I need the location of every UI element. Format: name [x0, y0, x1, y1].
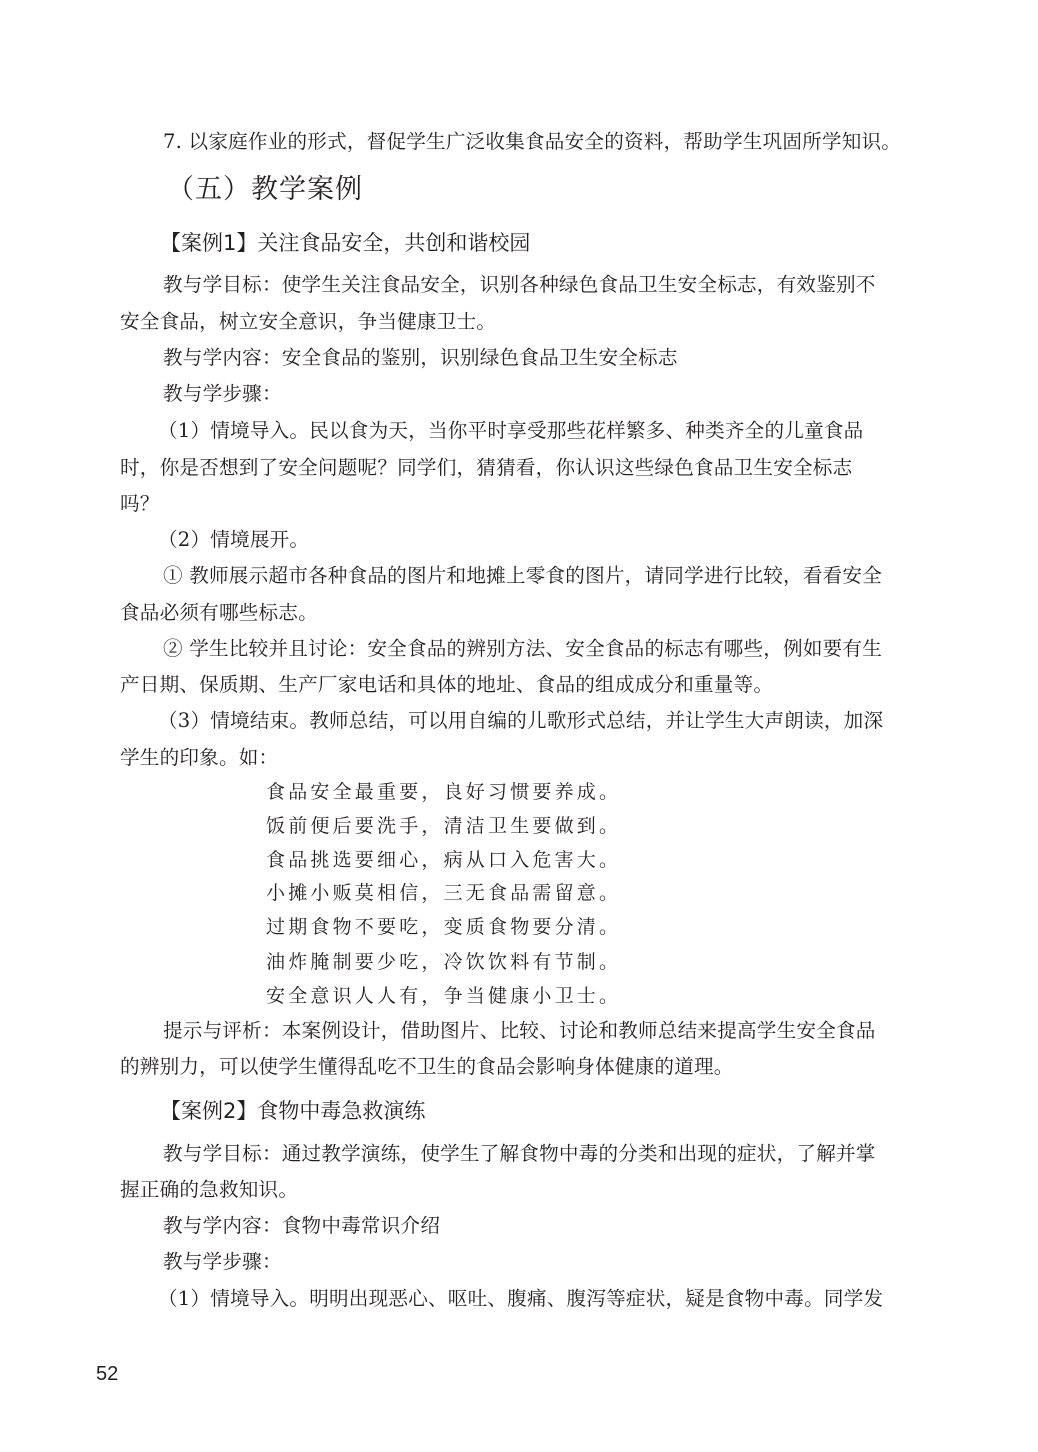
case-1-step-2-a-line-2: 食品必须有哪些标志。: [120, 600, 318, 626]
intro-item-7: 7. 以家庭作业的形式，督促学生广泛收集食品安全的资料，帮助学生巩固所学知识。: [163, 129, 901, 155]
case-1-review-line-2: 的辨别力，可以使学生懂得乱吃不卫生的食品会影响身体健康的道理。: [120, 1054, 734, 1080]
case-1-content: 教与学内容：安全食品的鉴别，识别绿色食品卫生安全标志: [163, 345, 678, 371]
case-2-goal-line-2: 握正确的急救知识。: [120, 1177, 298, 1203]
case-1-step-2: （2）情境展开。: [158, 527, 309, 553]
case-1-review-line-1: 提示与评析：本案例设计，借助图片、比较、讨论和教师总结来提高学生安全食品: [163, 1018, 876, 1044]
case-1-goal-line-1: 教与学目标：使学生关注食品安全，识别各种绿色食品卫生安全标志，有效鉴别不: [163, 272, 876, 298]
case-1-goal-line-2: 安全食品，树立安全意识，争当健康卫士。: [120, 309, 496, 335]
case-1-step-3-line-1: （3）情境结束。教师总结，可以用自编的儿歌形式总结，并让学生大声朗读，加深: [158, 708, 883, 734]
case-1-step-3-line-2: 学生的印象。如：: [120, 745, 278, 771]
case-1-step-1-line-2: 时，你是否想到了安全问题呢？同学们，猜猜看，你认识这些绿色食品卫生安全标志: [120, 455, 852, 481]
page-number: 52: [96, 1362, 118, 1386]
case-1-steps-label: 教与学步骤：: [163, 381, 282, 407]
case-1-step-2-b-line-2: 产日期、保质期、生产厂家电话和具体的地址、食品的组成成分和重量等。: [120, 672, 773, 698]
rhyme-line: 小摊小贩莫相信，三无食品需留意。: [266, 880, 621, 906]
rhyme-line: 食品安全最重要，良好习惯要养成。: [266, 779, 621, 805]
rhyme-line: 安全意识人人有，争当健康小卫士。: [266, 983, 621, 1009]
case-1-step-2-a-line-1: ① 教师展示超市各种食品的图片和地摊上零食的图片，请同学进行比较，看看安全: [163, 563, 882, 589]
case-1-step-2-b-line-1: ② 学生比较并且讨论：安全食品的辨别方法、安全食品的标志有哪些，例如要有生: [163, 636, 882, 662]
case-1-step-1-line-1: （1）情境导入。民以食为天，当你平时享受那些花样繁多、种类齐全的儿童食品: [158, 418, 863, 444]
case-1-title: 【案例1】关注食品安全，共创和谐校园: [160, 229, 530, 257]
rhyme-line: 油炸腌制要少吃，冷饮饮料有节制。: [266, 949, 621, 975]
case-2-title: 【案例2】食物中毒急救演练: [160, 1097, 425, 1125]
case-1-step-1-line-3: 吗？: [120, 491, 160, 517]
rhyme-line: 饭前便后要洗手，清洁卫生要做到。: [266, 813, 621, 839]
case-2-step-1-line-1: （1）情境导入。明明出现恶心、呕吐、腹痛、腹泻等症状，疑是食物中毒。同学发: [158, 1286, 883, 1312]
rhyme-line: 过期食物不要吃，变质食物要分清。: [266, 914, 621, 940]
rhyme-line: 食品挑选要细心，病从口入危害大。: [266, 847, 621, 873]
document-page: 7. 以家庭作业的形式，督促学生广泛收集食品安全的资料，帮助学生巩固所学知识。 …: [0, 0, 1038, 1452]
case-2-content: 教与学内容：食物中毒常识介绍: [163, 1213, 440, 1239]
section-title: （五）教学案例: [167, 172, 363, 208]
case-2-goal-line-1: 教与学目标：通过教学演练，使学生了解食物中毒的分类和出现的症状，了解并掌: [163, 1141, 876, 1167]
case-2-steps-label: 教与学步骤：: [163, 1249, 282, 1275]
